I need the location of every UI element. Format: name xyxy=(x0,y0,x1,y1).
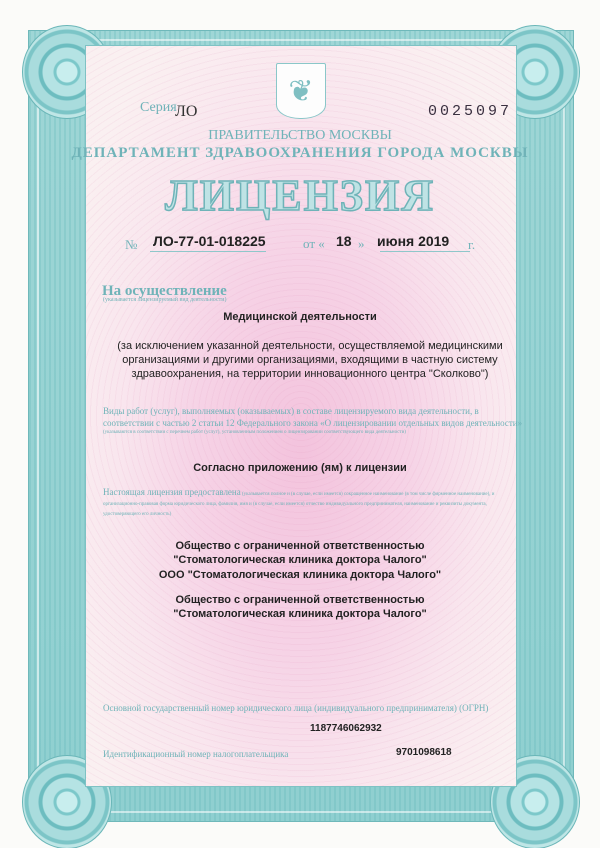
date-month-year: июня 2019 xyxy=(377,233,449,249)
number-underline xyxy=(150,251,266,252)
annex-reference: Согласно приложению (ям) к лицензии xyxy=(0,462,600,474)
series-label: Серия xyxy=(140,100,177,116)
number-sign: № xyxy=(125,237,137,253)
coat-of-arms-icon: ❦ xyxy=(276,63,326,119)
serial-number: 0025097 xyxy=(428,103,512,120)
activity-value: Медицинской деятельности xyxy=(0,311,600,323)
ogrn-value: 1187746062932 xyxy=(310,723,382,734)
date-separator: » xyxy=(358,236,365,252)
license-number: ЛО-77-01-018225 xyxy=(153,233,266,249)
ogrn-label: Основной государственный номер юридическ… xyxy=(103,703,523,713)
date-suffix: г. xyxy=(468,237,475,253)
document-title: ЛИЦЕНЗИЯ xyxy=(0,170,600,221)
org-brand-line2: "Стоматологическая клиника доктора Чалог… xyxy=(0,607,600,621)
provided-lead: Настоящая лицензия предоставлена xyxy=(103,487,241,497)
issuer-department: ДЕПАРТАМЕНТ ЗДРАВООХРАНЕНИЯ ГОРОДА МОСКВ… xyxy=(0,145,600,162)
org-full-name: Общество с ограниченной ответственностью… xyxy=(0,539,600,567)
org-brand-line1: Общество с ограниченной ответственностью xyxy=(0,593,600,607)
inn-label: Идентификационный номер налогоплательщик… xyxy=(103,749,288,759)
works-caption: (указываются в соответствии с перечнем р… xyxy=(103,430,523,435)
issuer-government: ПРАВИТЕЛЬСТВО МОСКВЫ xyxy=(0,128,600,144)
activity-caption: (указывается лицензируемый вид деятельно… xyxy=(103,297,226,303)
org-brand-name: Общество с ограниченной ответственностью… xyxy=(0,593,600,621)
provided-to-label: Настоящая лицензия предоставлена (указыв… xyxy=(103,487,523,520)
org-full-line1: Общество с ограниченной ответственностью xyxy=(0,539,600,553)
date-day: 18 xyxy=(336,233,352,249)
date-prefix: от « xyxy=(303,236,325,252)
works-label: Виды работ (услуг), выполняемых (оказыва… xyxy=(103,405,523,429)
org-full-line2: "Стоматологическая клиника доктора Чалог… xyxy=(0,553,600,567)
inn-value: 9701098618 xyxy=(396,747,452,758)
series-value: ЛО xyxy=(175,103,197,121)
date-underline xyxy=(380,251,470,252)
activity-exception: (за исключением указанной деятельности, … xyxy=(95,339,525,381)
org-short-name: ООО "Стоматологическая клиника доктора Ч… xyxy=(0,568,600,582)
